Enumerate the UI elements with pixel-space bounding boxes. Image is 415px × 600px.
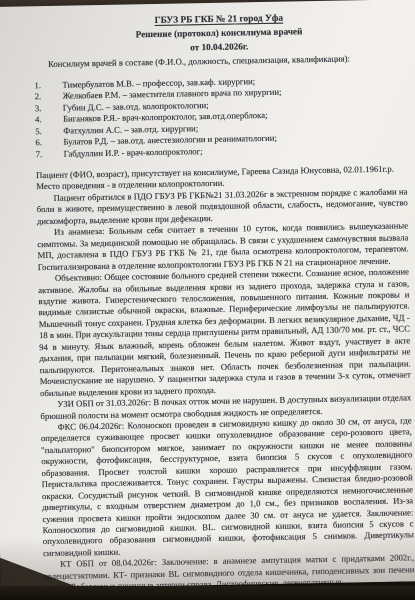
council-member-number: 1. [34,79,62,91]
council-member-number: 2. [35,91,63,103]
body-paragraph: Объективно: Общее состояние больного сре… [38,266,411,399]
photo-background: ГБУЗ РБ ГКБ № 21 город Уфа Решение (прот… [0,0,415,600]
document-page: ГБУЗ РБ ГКБ № 21 город Уфа Решение (прот… [0,0,415,589]
council-members-list: 1. Тимербулатов М.В. – профессор, зав.ка… [34,73,406,160]
document-content: ГБУЗ РБ ГКБ № 21 город Уфа Решение (прот… [0,0,415,589]
council-member-number: 3. [35,102,63,114]
council-member-number: 6. [35,137,63,149]
council-member-number: 4. [35,114,63,126]
body-paragraph: КТ ОБП от 08.04.2026г: Заключение: в ана… [43,553,415,589]
body-paragraph: ФКС 06.04.2026г: Колоноскоп проведен в с… [41,415,414,559]
body-paragraph: Из анамнеза: Больным себя считает в тече… [37,221,409,274]
council-member-number: 5. [35,125,63,137]
council-member-number: 7. [36,148,64,160]
document-header: ГБУЗ РБ ГКБ № 21 город Уфа Решение (прот… [33,11,405,56]
document-body: Пациент (ФИО, возраст), присутствует на … [36,163,415,589]
council-intro: Консилиум врачей в составе (Ф.И.О., долж… [48,53,405,71]
table-surface-edge [0,586,415,600]
